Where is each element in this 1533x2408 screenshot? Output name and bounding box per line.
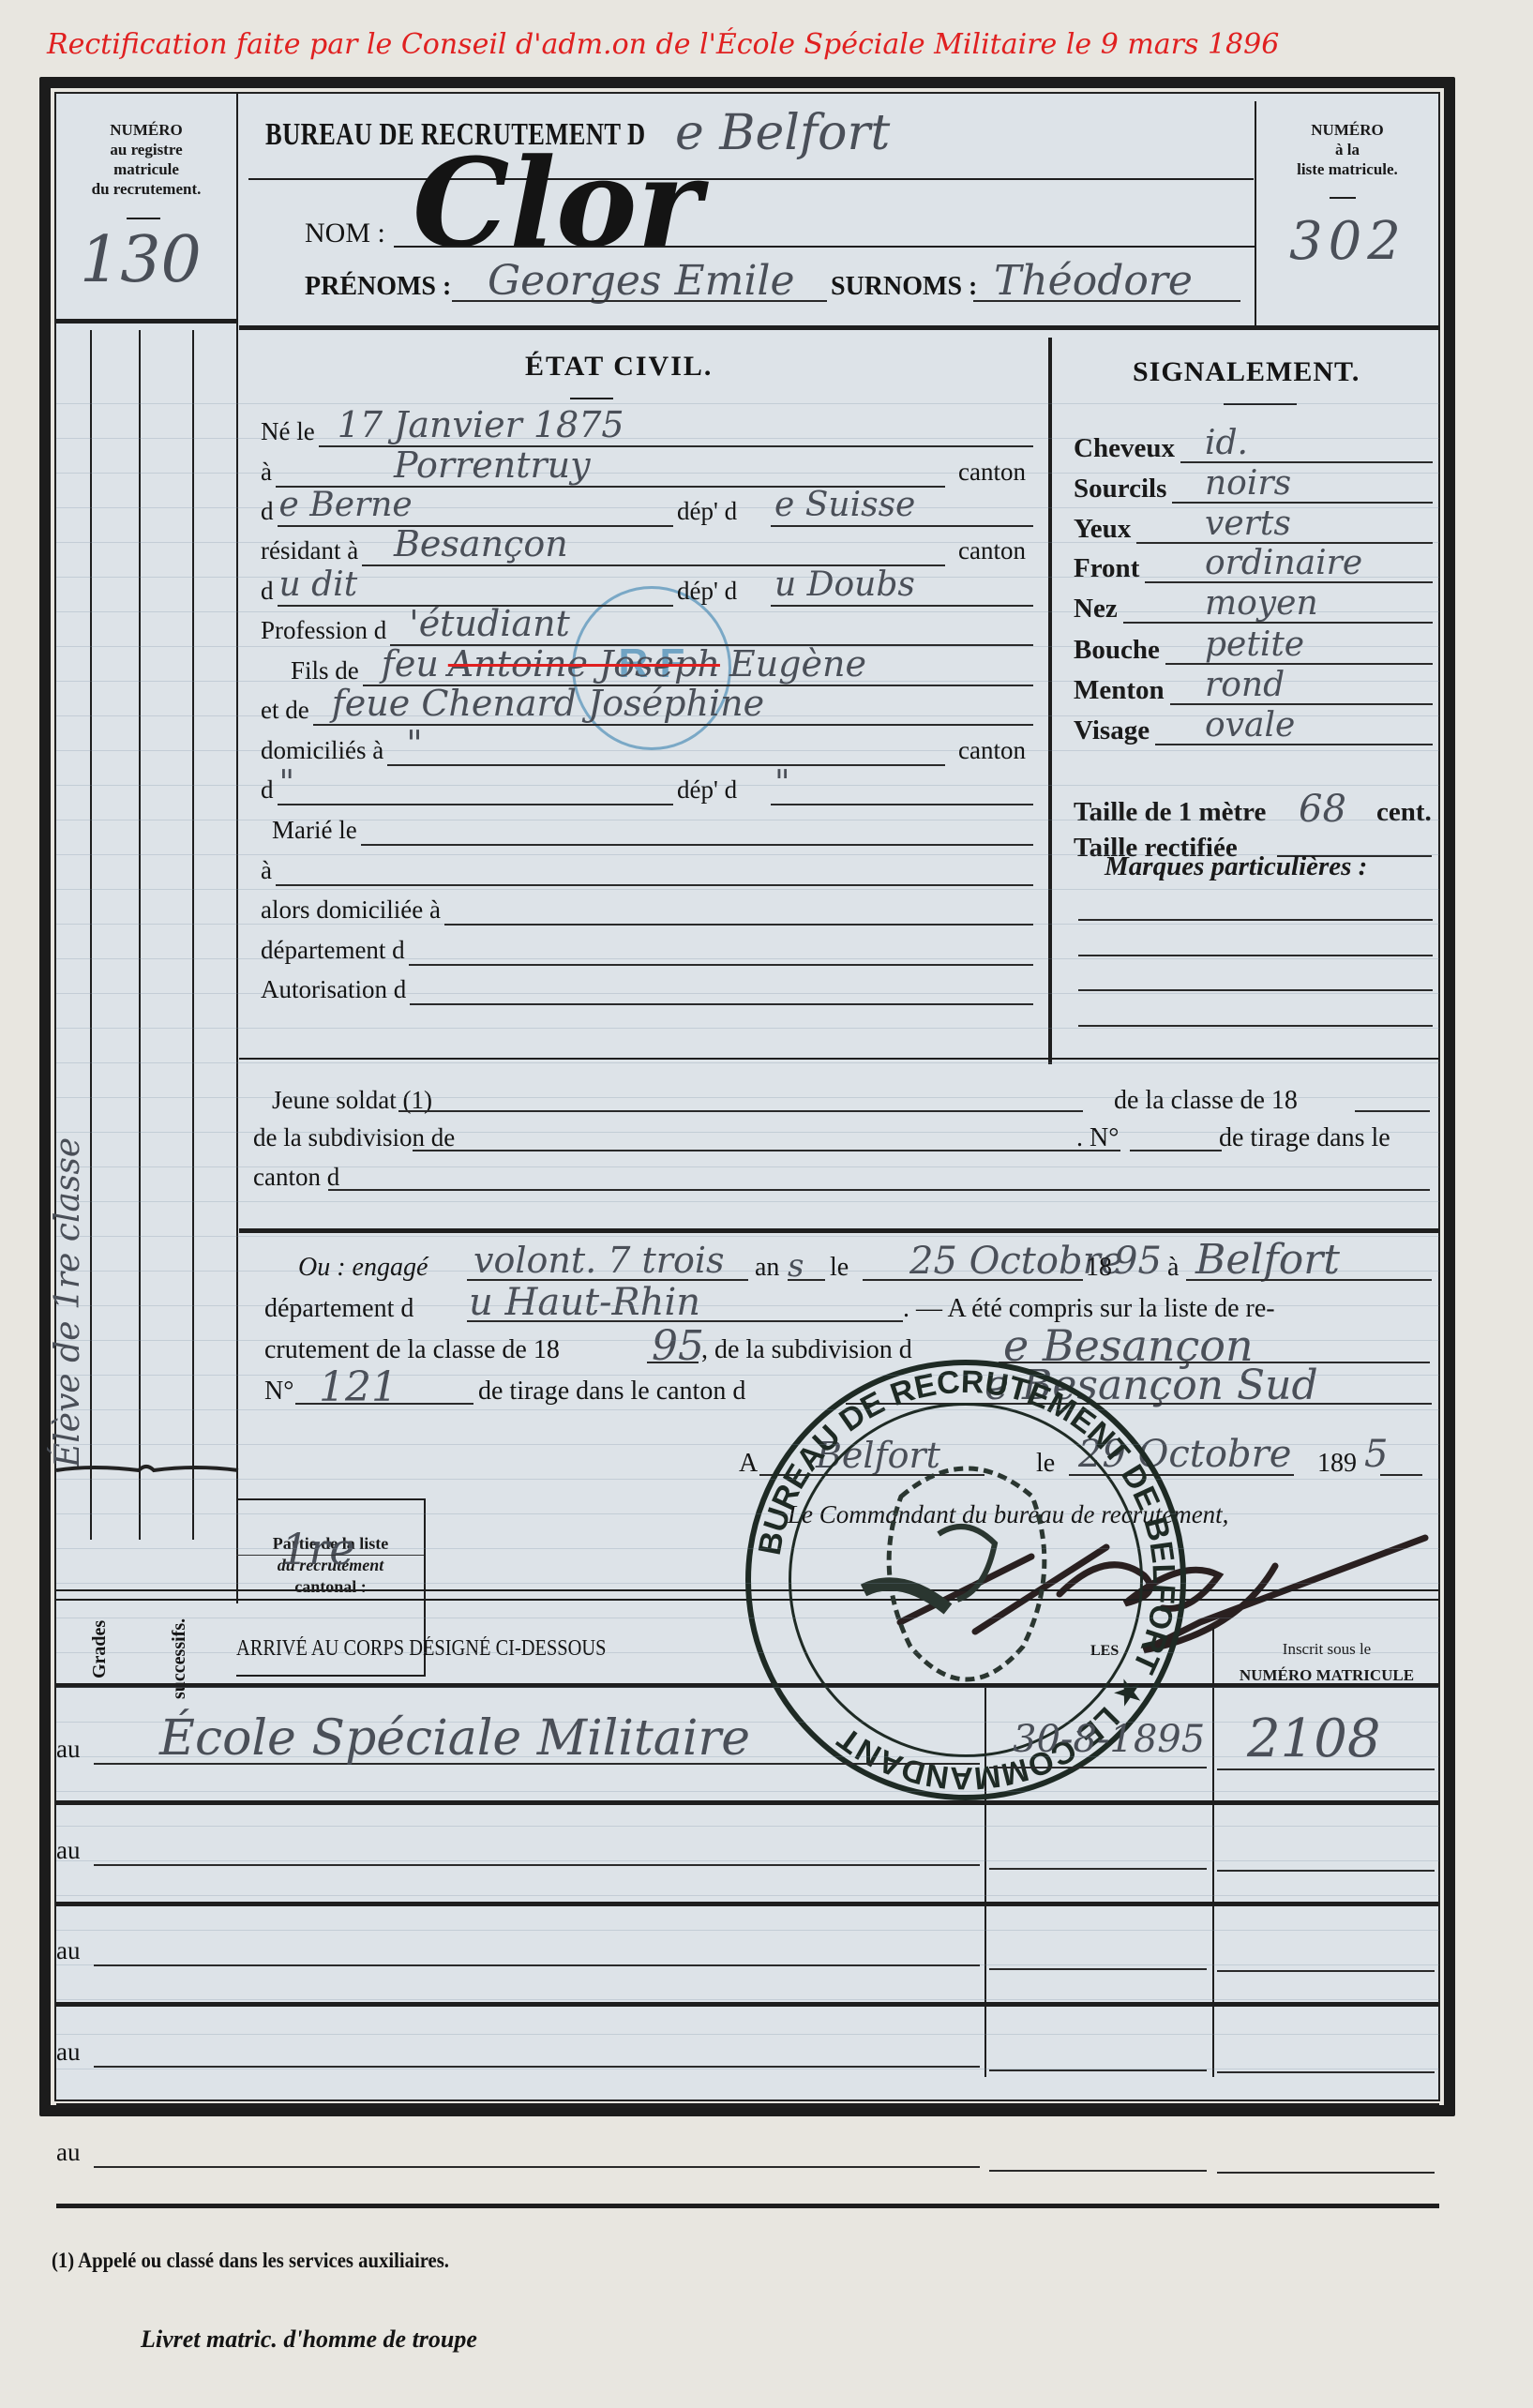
liste-matricule-label: NUMÉRO à la liste matricule. <box>1258 120 1436 179</box>
left-box-bottom <box>56 319 236 324</box>
ruled-line <box>56 1028 1439 1029</box>
signalement-value[interactable]: noirs <box>1205 464 1291 503</box>
signalement-label: Cheveux <box>1074 433 1175 464</box>
signalement-value[interactable]: ovale <box>1205 706 1295 745</box>
ruled-line <box>56 889 1439 890</box>
signalement-divider <box>1048 338 1052 1064</box>
signalement-label: Yeux <box>1074 514 1131 545</box>
signalement-value[interactable]: verts <box>1205 504 1291 543</box>
signalement-label: Bouche <box>1074 635 1160 666</box>
rectification-note: Rectification faite par le Conseil d'adm… <box>47 28 1279 61</box>
arrive-row-label: au <box>56 2138 80 2167</box>
marques-line-4[interactable] <box>1078 1025 1433 1027</box>
num-line <box>295 1403 473 1405</box>
etat-civil-value[interactable]: feue Chenard Joséphine <box>332 683 764 724</box>
etat-civil-label: domiciliés à <box>261 736 383 765</box>
ruled-line <box>56 1271 1439 1272</box>
canton-suffix: canton <box>958 458 1026 487</box>
matricule-col-divider <box>1212 1627 1214 2077</box>
arrive-date-field[interactable] <box>989 2170 1207 2172</box>
etat-civil-label: Né le <box>261 417 315 446</box>
arrive-row-rule <box>56 2002 1439 2007</box>
ruled-line <box>56 1999 1439 2000</box>
etat-civil-label: département d <box>261 936 405 965</box>
marques-label: Marques particulières : <box>1105 851 1367 882</box>
etat-civil-value[interactable]: 17 Janvier 1875 <box>338 404 624 445</box>
dept-field[interactable] <box>771 525 1033 527</box>
right-box-divider <box>1255 101 1256 328</box>
ruled-line <box>56 1479 1439 1480</box>
arrive-row-label: au <box>56 1836 80 1865</box>
struck-name: Antoine Joseph <box>448 643 720 685</box>
etat-civil-field[interactable] <box>409 964 1033 966</box>
ruled-line <box>56 2034 1439 2035</box>
engagement-date-line <box>863 1279 1083 1281</box>
dept-field[interactable] <box>771 605 1033 607</box>
ruled-line <box>56 2069 1439 2069</box>
signalement-label: Visage <box>1074 715 1150 746</box>
etat-civil-value[interactable]: Porrentruy <box>394 444 591 486</box>
surnoms-label: SURNOMS : <box>831 272 977 302</box>
dept-field[interactable] <box>771 804 1033 805</box>
ruled-line <box>56 1618 1439 1618</box>
subdivision-field[interactable] <box>413 1150 1120 1151</box>
dept-label: dép' d <box>677 497 737 526</box>
canton-suffix: canton <box>958 536 1026 565</box>
classe-line <box>647 1362 699 1363</box>
ruled-line <box>56 1444 1439 1445</box>
grade-col-line-1 <box>90 330 92 1540</box>
dept-value[interactable]: e Suisse <box>774 486 915 524</box>
ruled-line <box>56 403 1439 404</box>
prenoms-underline <box>452 300 827 302</box>
arrive-corps-field[interactable] <box>94 1964 980 1966</box>
ruled-line <box>56 1895 1439 1896</box>
ruled-line <box>56 1236 1439 1237</box>
signalement-value[interactable]: id. <box>1205 424 1248 462</box>
a-label: à <box>1167 1253 1179 1283</box>
jeune-soldat-bottom-rule <box>239 1228 1439 1233</box>
dept-label: département d <box>264 1294 413 1324</box>
arrive-corps-field[interactable] <box>94 1864 980 1866</box>
signalement-label: Sourcils <box>1074 474 1166 504</box>
etat-civil-value[interactable]: u dit <box>279 565 358 604</box>
ruled-line <box>56 1791 1439 1792</box>
etat-civil-label: Profession d <box>261 616 386 645</box>
etat-civil-label: Marié le <box>272 816 357 845</box>
bureau-value: e Belfort <box>675 105 890 161</box>
arrive-date-field[interactable] <box>989 2069 1207 2071</box>
engagement-place[interactable]: Belfort <box>1195 1236 1340 1284</box>
classe-field[interactable] <box>1355 1110 1430 1112</box>
stamp-emblem <box>845 1440 1089 1722</box>
etat-civil-label: Autorisation d <box>261 975 406 1004</box>
ruled-line <box>56 1513 1439 1514</box>
taille-label: Taille de 1 mètre <box>1074 797 1266 828</box>
etat-civil-label: à <box>261 856 272 885</box>
ruled-line <box>56 1201 1439 1202</box>
registre-dash <box>127 218 160 219</box>
etat-civil-field[interactable] <box>278 804 674 805</box>
signalement-label: Nez <box>1074 594 1118 625</box>
arrive-row-label: au <box>56 1735 80 1764</box>
bureau-underline <box>248 178 1254 180</box>
year-prefix: 18 <box>1086 1253 1112 1283</box>
etat-civil-label: résidant à <box>261 536 358 565</box>
dept-value[interactable]: u Doubs <box>774 565 915 604</box>
signalement-value[interactable]: rond <box>1205 666 1285 704</box>
engagement-type[interactable]: volont. 7 trois <box>473 1240 725 1281</box>
etat-civil-label: d <box>261 775 274 805</box>
etat-civil-value[interactable]: Besançon <box>394 523 568 564</box>
ruled-line <box>56 1548 1439 1549</box>
nom-underline <box>394 246 1255 248</box>
sign-year[interactable]: 5 <box>1364 1433 1388 1476</box>
etat-civil-value[interactable]: e Berne <box>279 486 413 524</box>
arrive-corps-value[interactable]: École Spéciale Militaire <box>159 1710 750 1767</box>
ruled-line <box>56 1375 1439 1376</box>
arrive-corps-field[interactable] <box>94 2166 980 2168</box>
arrive-matricule-value[interactable]: 2108 <box>1247 1708 1381 1769</box>
liste-dash <box>1330 197 1356 199</box>
etat-civil-label: à <box>261 458 272 487</box>
partie-liste-underline <box>236 1555 424 1556</box>
an-line <box>788 1279 825 1281</box>
ruled-line <box>56 1097 1439 1098</box>
registre-label: NUMÉRO au registre matricule du recrutem… <box>58 120 234 199</box>
etat-civil-value[interactable]: " <box>406 723 422 764</box>
tirage-text: de tirage dans le canton d <box>478 1377 745 1407</box>
num-label: N° <box>264 1377 293 1407</box>
etat-civil-label: d <box>261 497 274 526</box>
numero-tirage-label: . N° <box>1076 1123 1119 1153</box>
etat-civil-label: Fils de <box>291 656 359 685</box>
tirage-label: de tirage dans le <box>1219 1123 1390 1153</box>
signalement-label: Front <box>1074 553 1139 584</box>
dept-value[interactable]: " <box>774 764 790 803</box>
signalement-value[interactable]: petite <box>1205 625 1304 664</box>
engagement-place-line <box>1186 1279 1432 1281</box>
etat-civil-field[interactable] <box>387 764 945 766</box>
arrive-matricule-field[interactable] <box>1217 1970 1435 1972</box>
grade-value[interactable]: Élève de 1re classe <box>49 1137 87 1467</box>
arrive-corps-field[interactable] <box>94 2066 980 2068</box>
le-label: le <box>830 1253 849 1283</box>
etat-civil-bottom-rule <box>239 1058 1439 1060</box>
sign-year-prefix: 189 <box>1317 1449 1357 1479</box>
ruled-line <box>56 1305 1439 1306</box>
grades-label: Grades <box>89 1620 111 1678</box>
corrected-name: Eugène <box>729 643 866 685</box>
signalement-label: Menton <box>1074 675 1165 706</box>
etat-civil-field[interactable] <box>410 1003 1033 1005</box>
ruled-line <box>56 1409 1439 1410</box>
ruled-line <box>56 1687 1439 1688</box>
ruled-line <box>56 820 1439 820</box>
nom-value[interactable]: Clor <box>413 131 701 275</box>
ruled-line <box>56 1062 1439 1063</box>
partie-liste-value[interactable]: 1re <box>281 1524 354 1574</box>
ruled-line <box>56 1583 1439 1584</box>
marques-line-1[interactable] <box>1078 919 1433 921</box>
etat-civil-field[interactable] <box>276 884 1033 886</box>
etat-civil-value[interactable]: 'étudiant <box>409 603 570 644</box>
grade-col-line-2 <box>139 330 141 1540</box>
arrive-row-rule <box>56 1902 1439 1906</box>
arrive-date-value[interactable]: 30-8-1895 <box>1013 1718 1205 1761</box>
surnoms-value[interactable]: Théodore <box>994 257 1193 305</box>
ruled-line <box>56 1826 1439 1827</box>
dept-label: dép' d <box>677 577 737 606</box>
sign-year-line <box>1380 1474 1422 1476</box>
arrive-header: ARRIVÉ AU CORPS DÉSIGNÉ CI-DESSOUS <box>236 1636 606 1662</box>
marques-line-2[interactable] <box>1078 955 1433 956</box>
etat-civil-title: ÉTAT CIVIL. <box>525 351 713 383</box>
arrive-row-rule <box>56 2103 1439 2108</box>
ruled-line <box>56 1340 1439 1341</box>
signalement-value[interactable]: ordinaire <box>1205 544 1362 582</box>
footnote: (1) Appelé ou classé dans les services a… <box>52 2249 449 2273</box>
dept-label: dép' d <box>677 775 737 805</box>
grade-brace <box>54 1461 242 1480</box>
grade-col-line-3 <box>192 330 194 1540</box>
liste-number: 302 <box>1289 211 1406 272</box>
ruled-line <box>56 1132 1439 1133</box>
ruled-line <box>56 1930 1439 1931</box>
header-bottom-rule <box>239 325 1439 330</box>
footer-caption: Livret matric. d'homme de troupe <box>141 2325 477 2354</box>
numero-tirage-field[interactable] <box>1130 1150 1222 1151</box>
arrive-bottom-rule <box>56 2204 1439 2208</box>
marques-line-3[interactable] <box>1078 989 1433 991</box>
arrive-row-label: au <box>56 1936 80 1965</box>
etat-civil-label: et de <box>261 696 309 725</box>
prenoms-label: PRÉNOMS : <box>305 272 451 302</box>
etat-civil-label: alors domiciliée à <box>261 895 441 925</box>
signalement-value[interactable]: moyen <box>1205 584 1318 623</box>
left-column-divider <box>236 94 238 1603</box>
jeune-soldat-field[interactable] <box>398 1110 1083 1112</box>
surnoms-underline <box>973 300 1240 302</box>
etat-civil-field[interactable] <box>361 844 1033 846</box>
dept-value[interactable]: u Haut-Rhin <box>469 1281 700 1324</box>
arrive-row-label: au <box>56 2038 80 2067</box>
etat-civil-field[interactable] <box>444 924 1033 926</box>
etat-civil-value[interactable]: feuAntoine JosephEugène <box>382 643 866 685</box>
ruled-line <box>56 1166 1439 1167</box>
subdivision-label: de la subdivision de <box>253 1123 455 1152</box>
arrive-date-field[interactable] <box>989 1868 1207 1870</box>
etat-civil-label: d <box>261 577 274 606</box>
signalement-title: SIGNALEMENT. <box>1133 356 1360 388</box>
arrive-matricule-field[interactable] <box>1217 2071 1435 2073</box>
arrive-row-rule <box>56 1800 1439 1805</box>
canton-suffix: canton <box>958 736 1026 765</box>
classe-label: de la classe de 18 <box>1114 1086 1298 1116</box>
canton-field[interactable] <box>328 1189 1430 1191</box>
engagement-year[interactable]: 95 <box>1114 1240 1162 1283</box>
registre-number: 130 <box>80 223 202 297</box>
arrive-date-field[interactable] <box>989 1968 1207 1970</box>
arrive-matricule-field[interactable] <box>1217 1870 1435 1872</box>
ruled-line <box>56 1860 1439 1861</box>
inscrit-label: Inscrit sous le NUMÉRO MATRICULE <box>1215 1636 1438 1689</box>
ruled-line <box>56 854 1439 855</box>
etat-civil-dash <box>570 398 613 399</box>
taille-value[interactable]: 68 <box>1299 788 1346 831</box>
an-label: an <box>755 1253 779 1283</box>
nom-label: NOM : <box>305 218 385 249</box>
etat-civil-value[interactable]: " <box>279 764 295 803</box>
arrive-matricule-field[interactable] <box>1217 2172 1435 2174</box>
prenoms-value[interactable]: Georges Emile <box>488 257 795 305</box>
arrive-date-field[interactable] <box>989 1767 1207 1768</box>
ruled-line <box>56 1652 1439 1653</box>
engage-label: Ou : engagé <box>298 1253 428 1283</box>
taille-unit: cent. <box>1376 797 1432 828</box>
